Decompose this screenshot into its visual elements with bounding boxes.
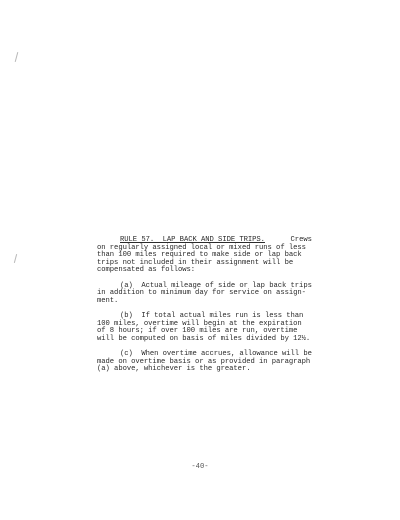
page-number: -40- bbox=[0, 463, 400, 471]
rule-57-text: RULE 57. LAP BACK AND SIDE TRIPS. Crews … bbox=[97, 237, 327, 374]
rule-title: RULE 57. LAP BACK AND SIDE TRIPS. bbox=[120, 236, 265, 244]
intro-line: compensated as follows: bbox=[97, 267, 327, 275]
paragraph-c-line: (a) above, whichever is the greater. bbox=[97, 366, 327, 374]
scan-artifact-mark bbox=[15, 52, 19, 62]
document-page: RULE 57. LAP BACK AND SIDE TRIPS. Crews … bbox=[0, 0, 400, 520]
paragraph-a-line: ment. bbox=[97, 298, 327, 306]
scan-artifact-mark bbox=[14, 254, 17, 263]
paragraph-b-line: will be computed on basis of miles divid… bbox=[97, 336, 327, 344]
paragraph-a-line: in addition to minimum day for service o… bbox=[97, 290, 327, 298]
